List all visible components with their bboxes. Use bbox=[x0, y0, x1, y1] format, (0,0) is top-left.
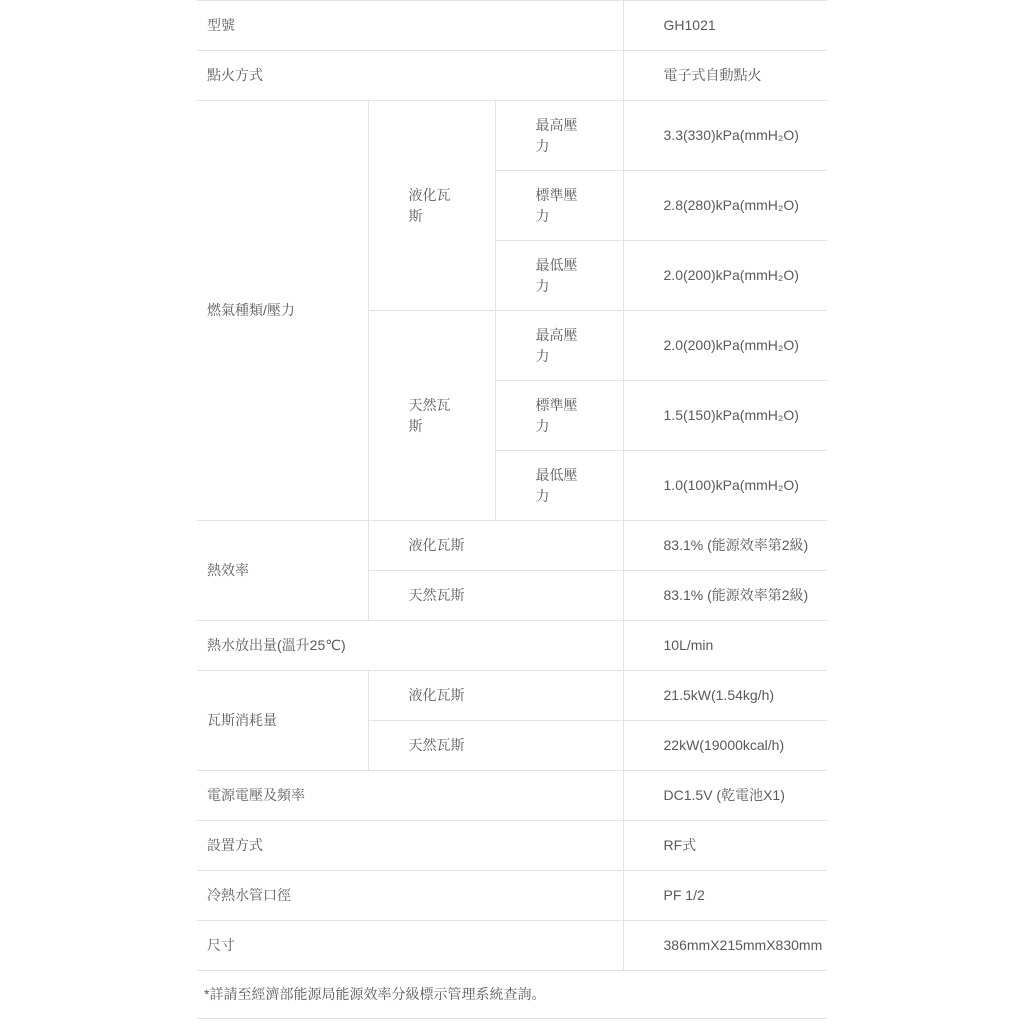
row-model: 型號 GH1021 bbox=[197, 1, 827, 51]
row-hot-water-output: 熱水放出量(溫升25℃) 10L/min bbox=[197, 621, 827, 671]
dimensions-label: 尺寸 bbox=[197, 921, 623, 971]
row-pipe-diameter: 冷熱水管口徑 PF 1/2 bbox=[197, 871, 827, 921]
hot-water-output-label: 熱水放出量(溫升25℃) bbox=[197, 621, 623, 671]
natural-max-pressure-value: 2.0(200)kPa(mmH₂O) bbox=[623, 311, 827, 381]
lpg-max-pressure-value: 3.3(330)kPa(mmH₂O) bbox=[623, 101, 827, 171]
natural-std-pressure-value: 1.5(150)kPa(mmH₂O) bbox=[623, 381, 827, 451]
row-efficiency-lpg: 熱效率 液化瓦斯 83.1% (能源效率第2級) bbox=[197, 521, 827, 571]
installation-value: RF式 bbox=[623, 821, 827, 871]
consumption-natural-value: 22kW(19000kcal/h) bbox=[623, 721, 827, 771]
ignition-value: 電子式自動點火 bbox=[623, 51, 827, 101]
row-ignition: 點火方式 電子式自動點火 bbox=[197, 51, 827, 101]
row-installation: 設置方式 RF式 bbox=[197, 821, 827, 871]
energy-efficiency-footnote: *詳請至經濟部能源局能源效率分級標示管理系統查詢。 bbox=[197, 971, 827, 1019]
gas-type-pressure-label: 燃氣種類/壓力 bbox=[197, 101, 368, 521]
efficiency-lpg-label: 液化瓦斯 bbox=[368, 521, 623, 571]
row-power: 電源電壓及頻率 DC1.5V (乾電池X1) bbox=[197, 771, 827, 821]
dimensions-value: 386mmX215mmX830mm bbox=[623, 921, 827, 971]
model-label: 型號 bbox=[197, 1, 623, 51]
efficiency-natural-label: 天然瓦斯 bbox=[368, 571, 623, 621]
lpg-max-pressure-label: 最高壓 力 bbox=[495, 101, 623, 171]
natural-std-pressure-label: 標準壓 力 bbox=[495, 381, 623, 451]
installation-label: 設置方式 bbox=[197, 821, 623, 871]
ignition-label: 點火方式 bbox=[197, 51, 623, 101]
natural-max-pressure-label: 最高壓 力 bbox=[495, 311, 623, 381]
pipe-diameter-value: PF 1/2 bbox=[623, 871, 827, 921]
thermal-efficiency-label: 熱效率 bbox=[197, 521, 368, 621]
row-lpg-max-pressure: 燃氣種類/壓力 液化瓦 斯 最高壓 力 3.3(330)kPa(mmH₂O) bbox=[197, 101, 827, 171]
gas-consumption-label: 瓦斯消耗量 bbox=[197, 671, 368, 771]
pipe-diameter-label: 冷熱水管口徑 bbox=[197, 871, 623, 921]
model-value: GH1021 bbox=[623, 1, 827, 51]
row-footnote: *詳請至經濟部能源局能源效率分級標示管理系統查詢。 bbox=[197, 971, 827, 1019]
product-spec-section: 型號 GH1021 點火方式 電子式自動點火 燃氣種類/壓力 液化瓦 斯 最高壓… bbox=[197, 0, 827, 1019]
consumption-lpg-value: 21.5kW(1.54kg/h) bbox=[623, 671, 827, 721]
consumption-natural-label: 天然瓦斯 bbox=[368, 721, 623, 771]
power-label: 電源電壓及頻率 bbox=[197, 771, 623, 821]
row-dimensions: 尺寸 386mmX215mmX830mm bbox=[197, 921, 827, 971]
lpg-min-pressure-value: 2.0(200)kPa(mmH₂O) bbox=[623, 241, 827, 311]
lpg-std-pressure-label: 標準壓 力 bbox=[495, 171, 623, 241]
spec-table: 型號 GH1021 點火方式 電子式自動點火 燃氣種類/壓力 液化瓦 斯 最高壓… bbox=[197, 0, 827, 1019]
lpg-min-pressure-label: 最低壓 力 bbox=[495, 241, 623, 311]
row-consumption-lpg: 瓦斯消耗量 液化瓦斯 21.5kW(1.54kg/h) bbox=[197, 671, 827, 721]
efficiency-lpg-value: 83.1% (能源效率第2級) bbox=[623, 521, 827, 571]
hot-water-output-value: 10L/min bbox=[623, 621, 827, 671]
power-value: DC1.5V (乾電池X1) bbox=[623, 771, 827, 821]
natural-min-pressure-label: 最低壓 力 bbox=[495, 451, 623, 521]
lpg-gas-label: 液化瓦 斯 bbox=[368, 101, 495, 311]
consumption-lpg-label: 液化瓦斯 bbox=[368, 671, 623, 721]
lpg-std-pressure-value: 2.8(280)kPa(mmH₂O) bbox=[623, 171, 827, 241]
natural-gas-label: 天然瓦 斯 bbox=[368, 311, 495, 521]
efficiency-natural-value: 83.1% (能源效率第2級) bbox=[623, 571, 827, 621]
natural-min-pressure-value: 1.0(100)kPa(mmH₂O) bbox=[623, 451, 827, 521]
